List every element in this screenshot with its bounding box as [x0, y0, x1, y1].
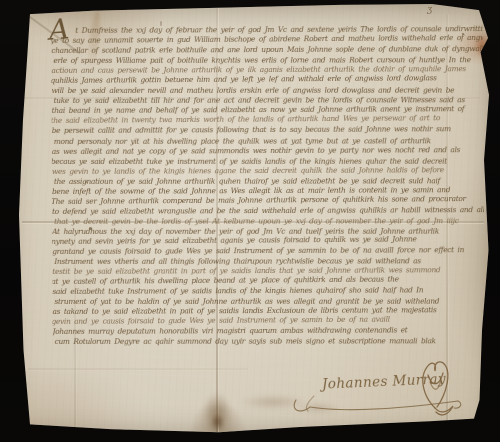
manuscript-line: be persewit callit and admittit for ye c…	[52, 125, 484, 137]
manuscript-line: quhilkis James arthurlik gottin betuene …	[51, 73, 483, 86]
fold-stain	[211, 414, 224, 430]
manuscript-line: to defend ye said elizabetht wranguslie …	[52, 205, 484, 217]
parchment-sheet: ʒ A t Dumfreiss the xxj day of februar t…	[0, 0, 500, 442]
manuscript-line: said elizabetht tuke Instrument of ye sa…	[52, 285, 484, 297]
manuscript-line: cum Rotulorum Degyre ac qahir summond da…	[55, 337, 485, 348]
manuscript-line: wes gevin to ye landis of the kingis hie…	[52, 165, 484, 177]
manuscript-text-block: t Dumfreiss the xxj day of februar the y…	[51, 24, 484, 360]
fold-stain	[202, 392, 232, 434]
manuscript-line: grantand ye causis foirsaid to gude Wes …	[52, 245, 484, 257]
manuscript-line: as wes allegit and nat ye copy of ye sai…	[52, 145, 484, 157]
manuscript-line: that ye decreit gevin be the lordis of y…	[54, 216, 484, 227]
manuscript-line: chancellar of scotland patrik erle boith…	[51, 44, 483, 56]
photo-of-parchment-deed: ʒ A t Dumfreiss the xxj day of februar t…	[0, 0, 500, 442]
horizontal-fold-crease	[28, 368, 248, 370]
scribal-mark: ʒ	[427, 5, 432, 15]
signature-flourish	[288, 390, 466, 420]
